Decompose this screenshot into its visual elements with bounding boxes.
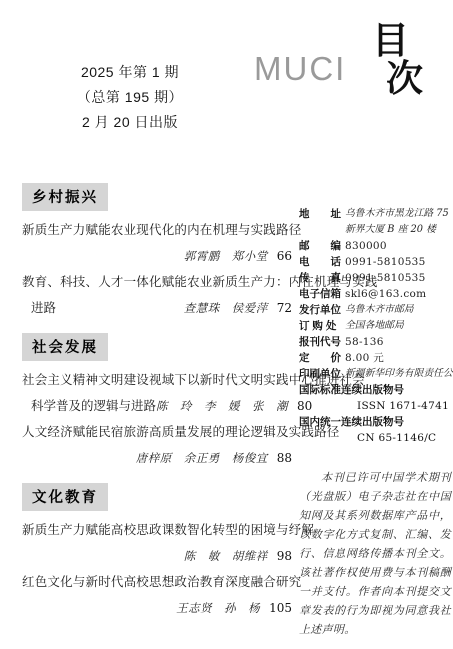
journal-logo: MUCI xyxy=(254,50,346,88)
info-value: 8.00 元 xyxy=(345,350,384,366)
article-authors: 陈 敏 胡维祥 xyxy=(184,549,268,563)
page-title: 目 次 xyxy=(362,22,432,98)
info-label: 电子信箱 xyxy=(299,286,345,302)
article-authors: 唐梓原 余正勇 杨俊宜 xyxy=(136,451,268,465)
article-byline: 陈 敏 胡维祥98 xyxy=(184,543,292,569)
info-label: 订 购 处 xyxy=(299,318,345,334)
article-title-cont: 科学普及的逻辑与进路 xyxy=(22,393,156,419)
info-label: 传 真 xyxy=(299,270,345,286)
info-row-price: 定 价 8.00 元 xyxy=(299,350,451,366)
info-row-distributor: 发行单位 乌鲁木齐市邮局 xyxy=(299,302,451,318)
article-entry: 人文经济赋能民宿旅游高质量发展的理论逻辑及实践路径 唐梓原 余正勇 杨俊宜88 xyxy=(22,419,292,471)
article-entry: 新质生产力赋能高校思政课数智化转型的困境与纾解 陈 敏 胡维祥98 xyxy=(22,517,292,569)
issue-line-year: 2025 年第 1 期 xyxy=(52,60,208,85)
info-row-postcode: 邮 编 830000 xyxy=(299,238,451,254)
info-label: 定 价 xyxy=(299,350,345,366)
article-byline: 查慧珠 侯爱萍72 xyxy=(184,295,292,321)
info-row-printer: 印刷单位 新疆新华印务有限责任公司 xyxy=(299,366,451,382)
section-header: 乡村振兴 xyxy=(22,183,108,211)
article-title: 新质生产力赋能农业现代化的内在机理与实践路径 xyxy=(22,217,292,243)
article-entry: 新质生产力赋能农业现代化的内在机理与实践路径 郭霄鹏 郑小堂66 xyxy=(22,217,292,269)
article-page-number: 72 xyxy=(277,301,292,315)
article-byline: 唐梓原 余正勇 杨俊宜88 xyxy=(136,445,292,471)
article-page-number: 105 xyxy=(269,601,292,615)
article-authors: 郭霄鹏 郑小堂 xyxy=(184,249,268,263)
info-row-subscription: 订 购 处 全国各地邮局 xyxy=(299,318,451,334)
info-value: 0991-5810535 xyxy=(345,254,426,270)
info-row-phone: 电 话 0991-5810535 xyxy=(299,254,451,270)
issn-value: ISSN 1671-4741 xyxy=(299,398,451,414)
article-entry: 社会主义精神文明建设视域下以新时代文明实践中心推进社会 科学普及的逻辑与进路 陈… xyxy=(22,367,292,419)
article-byline: 王志贤 孙 杨105 xyxy=(176,595,292,621)
article-page-number: 66 xyxy=(277,249,292,263)
publication-info-column: 地 址 乌鲁木齐市黑龙江路 75 号 新界大厦 B 座 20 楼 邮 编 830… xyxy=(299,206,451,639)
info-value: 全国各地邮局 xyxy=(345,318,404,334)
article-authors: 查慧珠 侯爱萍 xyxy=(184,301,268,315)
info-value: 58-136 xyxy=(345,334,384,350)
info-value: 830000 xyxy=(345,238,387,254)
article-entry: 红色文化与新时代高校思想政治教育深度融合研究 王志贤 孙 杨105 xyxy=(22,569,292,621)
article-title: 社会主义精神文明建设视域下以新时代文明实践中心推进社会 xyxy=(22,367,292,393)
info-value-address-line2: 新界大厦 B 座 20 楼 xyxy=(299,222,451,238)
info-row-fax: 传 真 0991-5810535 xyxy=(299,270,451,286)
section-rural-revitalization: 乡村振兴 新质生产力赋能农业现代化的内在机理与实践路径 郭霄鹏 郑小堂66 教育… xyxy=(22,183,292,321)
info-value: 乌鲁木齐市黑龙江路 75 号 xyxy=(345,206,453,222)
section-social-development: 社会发展 社会主义精神文明建设视域下以新时代文明实践中心推进社会 科学普及的逻辑… xyxy=(22,333,292,471)
section-culture-education: 文化教育 新质生产力赋能高校思政课数智化转型的困境与纾解 陈 敏 胡维祥98 红… xyxy=(22,483,292,621)
issue-line-total: （总第 195 期） xyxy=(52,85,208,110)
info-label: 地 址 xyxy=(299,206,345,222)
issn-label: 国际标准连续出版物号 xyxy=(299,382,451,398)
article-authors: 王志贤 孙 杨 xyxy=(176,601,260,615)
info-label: 电 话 xyxy=(299,254,345,270)
article-page-number: 98 xyxy=(277,549,292,563)
contents-column: 乡村振兴 新质生产力赋能农业现代化的内在机理与实践路径 郭霄鹏 郑小堂66 教育… xyxy=(22,183,292,621)
article-authors: 陈 玲 李 媛 张 潮 xyxy=(156,399,288,413)
cn-label: 国内统一连续出版物号 xyxy=(299,414,451,430)
info-row-email: 电子信箱 skl6@163.com xyxy=(299,286,451,302)
article-title: 新质生产力赋能高校思政课数智化转型的困境与纾解 xyxy=(22,517,292,543)
info-label: 印刷单位 xyxy=(299,366,345,382)
issue-line-date: 2 月 20 日出版 xyxy=(52,110,208,135)
info-label: 邮 编 xyxy=(299,238,345,254)
info-value: 0991-5810535 xyxy=(345,270,426,286)
toc-title-char-ci: 次 xyxy=(386,60,432,98)
info-value: skl6@163.com xyxy=(345,286,426,302)
info-value: 新疆新华印务有限责任公司 xyxy=(345,366,453,382)
article-title: 红色文化与新时代高校思想政治教育深度融合研究 xyxy=(22,569,292,595)
article-byline: 陈 玲 李 媛 张 潮80 xyxy=(156,393,312,419)
cn-value: CN 65-1146/C xyxy=(299,430,451,446)
info-row-postal-code: 报刊代号 58-136 xyxy=(299,334,451,350)
article-page-number: 88 xyxy=(277,451,292,465)
article-byline: 郭霄鹏 郑小堂66 xyxy=(184,243,292,269)
article-title: 教育、科技、人才一体化赋能农业新质生产力：内在机理与实践 xyxy=(22,269,292,295)
info-row-address: 地 址 乌鲁木齐市黑龙江路 75 号 xyxy=(299,206,451,222)
section-header: 文化教育 xyxy=(22,483,108,511)
info-value: 乌鲁木齐市邮局 xyxy=(345,302,414,318)
toc-title-char-mu: 目 xyxy=(372,22,432,60)
article-entry: 教育、科技、人才一体化赋能农业新质生产力：内在机理与实践 进路 查慧珠 侯爱萍7… xyxy=(22,269,292,321)
section-header: 社会发展 xyxy=(22,333,108,361)
article-title: 人文经济赋能民宿旅游高质量发展的理论逻辑及实践路径 xyxy=(22,419,292,445)
article-title-cont: 进路 xyxy=(22,295,56,321)
toc-page: 2025 年第 1 期 （总第 195 期） 2 月 20 日出版 MUCI 目… xyxy=(0,0,453,649)
issue-info: 2025 年第 1 期 （总第 195 期） 2 月 20 日出版 xyxy=(52,60,208,135)
info-label: 报刊代号 xyxy=(299,334,345,350)
copyright-notice: 本刊已许可中国学术期刊（光盘版）电子杂志社在中国知网及其系列数据库产品中，以数字… xyxy=(299,468,451,639)
info-label: 发行单位 xyxy=(299,302,345,318)
